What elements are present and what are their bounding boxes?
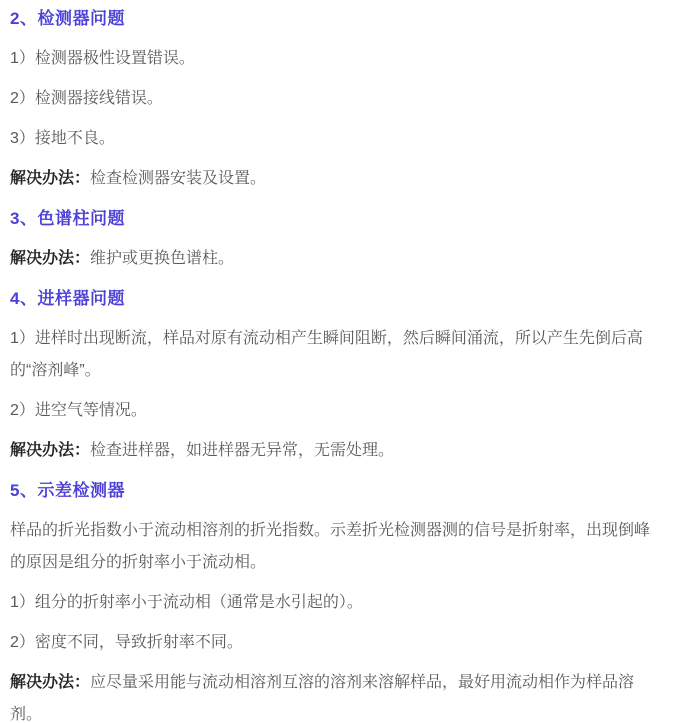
section-heading-detector: 2、检测器问题 xyxy=(10,3,662,35)
solution-paragraph: 解决办法：检查检测器安装及设置。 xyxy=(10,163,662,195)
list-item: 3）接地不良。 xyxy=(10,123,662,155)
solution-text: 维护或更换色谱柱。 xyxy=(90,250,234,267)
list-item: 2）密度不同，导致折射率不同。 xyxy=(10,627,662,659)
solution-paragraph: 解决办法：检查进样器，如进样器无异常，无需处理。 xyxy=(10,435,662,467)
solution-label: 解决办法： xyxy=(10,442,90,459)
solution-text: 应尽量采用能与流动相溶剂互溶的溶剂来溶解样品，最好用流动相作为样品溶剂。 xyxy=(10,674,634,723)
section-heading-ri-detector: 5、示差检测器 xyxy=(10,475,662,507)
list-item: 1）进样时出现断流，样品对原有流动相产生瞬间阻断，然后瞬间涌流，所以产生先倒后高… xyxy=(10,323,662,387)
list-item: 1）检测器极性设置错误。 xyxy=(10,43,662,75)
solution-label: 解决办法： xyxy=(10,674,90,691)
solution-text: 检查进样器，如进样器无异常，无需处理。 xyxy=(90,442,394,459)
list-item: 1）组分的折射率小于流动相（通常是水引起的）。 xyxy=(10,587,662,619)
solution-label: 解决办法： xyxy=(10,250,90,267)
article-body: 2、检测器问题 1）检测器极性设置错误。 2）检测器接线错误。 3）接地不良。 … xyxy=(0,0,680,723)
solution-text: 检查检测器安装及设置。 xyxy=(90,170,266,187)
list-item: 2）进空气等情况。 xyxy=(10,395,662,427)
list-item: 2）检测器接线错误。 xyxy=(10,83,662,115)
solution-paragraph: 解决办法：应尽量采用能与流动相溶剂互溶的溶剂来溶解样品，最好用流动相作为样品溶剂… xyxy=(10,667,662,723)
solution-label: 解决办法： xyxy=(10,170,90,187)
solution-paragraph: 解决办法：维护或更换色谱柱。 xyxy=(10,243,662,275)
section-heading-column: 3、色谱柱问题 xyxy=(10,203,662,235)
intro-paragraph: 样品的折光指数小于流动相溶剂的折光指数。示差折光检测器测的信号是折射率，出现倒峰… xyxy=(10,515,662,579)
section-heading-injector: 4、进样器问题 xyxy=(10,283,662,315)
